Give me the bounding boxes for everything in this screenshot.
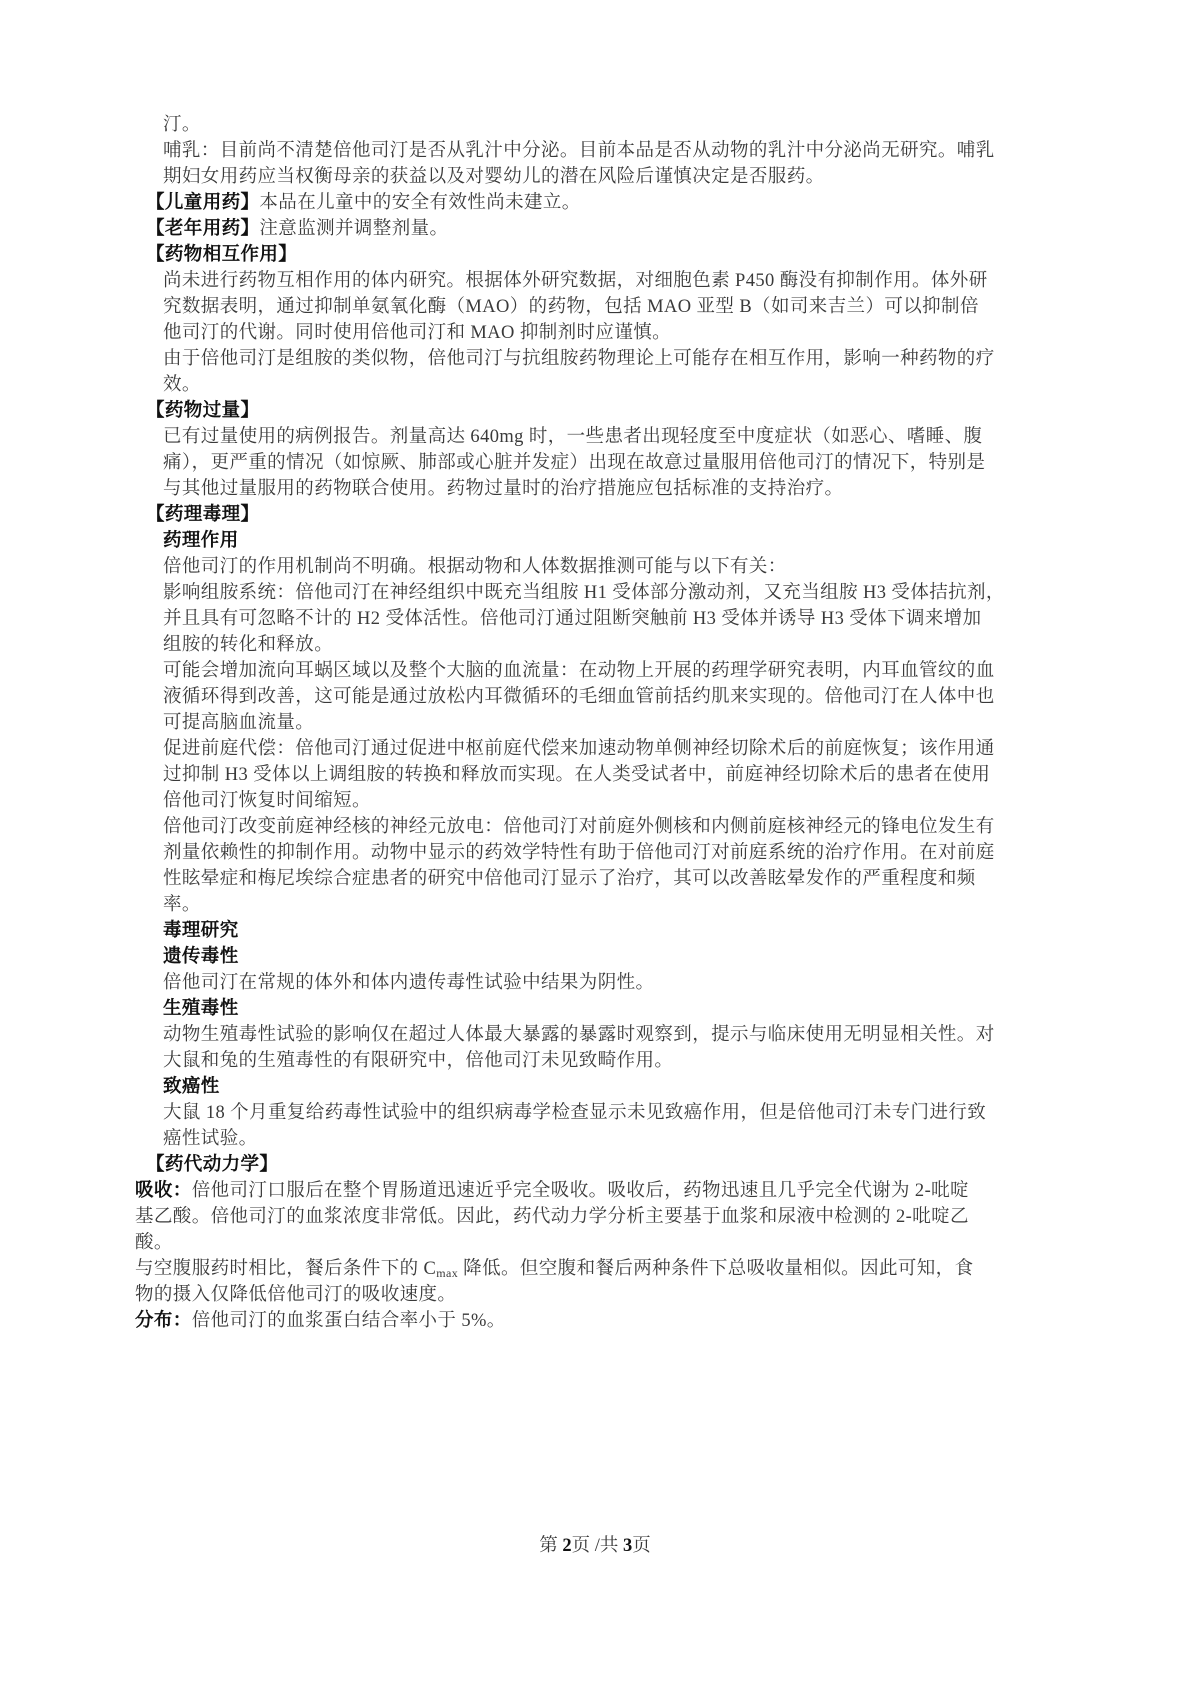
subsection-title: 致癌性 — [0, 1074, 1190, 1100]
subsection-title: 生殖毒性 — [0, 996, 1190, 1022]
toxicology-line: 大鼠和兔的生殖毒性的有限研究中，倍他司汀未见致畸作用。 — [0, 1048, 1190, 1074]
absorption-label: 吸收： — [135, 1181, 192, 1201]
pharmacology-line: 倍他司汀改变前庭神经核的神经元放电：倍他司汀对前庭外侧核和内侧前庭核神经元的锋电… — [0, 814, 1190, 840]
toxicology-line: 倍他司汀在常规的体外和体内遗传毒性试验中结果为阴性。 — [0, 970, 1190, 996]
overdose-line: 已有过量使用的病例报告。剂量高达 640mg 时，一些患者出现轻度至中度症状（如… — [0, 424, 1190, 450]
section-header: 【药物过量】 — [0, 398, 1190, 424]
pharmacology-line: 率。 — [0, 892, 1190, 918]
pharmacology-line: 性眩晕症和梅尼埃综合症患者的研究中倍他司汀显示了治疗，其可以改善眩晕发作的严重程… — [0, 866, 1190, 892]
page-footer: 第 2页 /共 3页 — [0, 1531, 1190, 1557]
toxicology-line: 大鼠 18 个月重复给药毒性试验中的组织病毒学检查显示未见致癌作用，但是倍他司汀… — [0, 1100, 1190, 1126]
footer-text: 页 — [632, 1536, 651, 1556]
pharmacology-line: 影响组胺系统：倍他司汀在神经组织中既充当组胺 H1 受体部分激动剂，又充当组胺 … — [0, 580, 1190, 606]
interaction-line: 究数据表明，通过抑制单氨氧化酶（MAO）的药物，包括 MAO 亚型 B（如司来吉… — [0, 294, 1190, 320]
subsection-title: 遗传毒性 — [0, 944, 1190, 970]
section-header: 【药物相互作用】 — [0, 242, 1190, 268]
total-pages-number: 3 — [623, 1536, 632, 1556]
paragraph-line: 汀。 — [0, 112, 1190, 138]
footer-text: 页 /共 — [572, 1536, 623, 1556]
food-effect-line: 物的摄入仅降低倍他司汀的吸收速度。 — [0, 1282, 1190, 1308]
section-text: 注意监测并调整剂量。 — [259, 219, 448, 239]
pharmacology-line: 可提高脑血流量。 — [0, 710, 1190, 736]
pharmacology-line: 促进前庭代偿：倍他司汀通过促进中枢前庭代偿来加速动物单侧神经切除术后的前庭恢复；… — [0, 736, 1190, 762]
page-content: 汀。 哺乳：目前尚不清楚倍他司汀是否从乳汁中分泌。目前本品是否从动物的乳汁中分泌… — [0, 112, 1190, 1334]
pharmacology-line: 可能会增加流向耳蜗区域以及整个大脑的血流量：在动物上开展的药理学研究表明，内耳血… — [0, 658, 1190, 684]
lactation-line: 期妇女用药应当权衡母亲的获益以及对婴幼儿的潜在风险后谨慎决定是否服药。 — [0, 164, 1190, 190]
distribution-line: 分布：倍他司汀的血浆蛋白结合率小于 5%。 — [0, 1308, 1190, 1334]
pharmacology-line: 过抑制 H3 受体以上调组胺的转换和释放而实现。在人类受试者中，前庭神经切除术后… — [0, 762, 1190, 788]
absorption-line: 吸收：倍他司汀口服后在整个胃肠道迅速近乎完全吸收。吸收后，药物迅速且几乎完全代谢… — [0, 1178, 1190, 1204]
interaction-line: 效。 — [0, 372, 1190, 398]
absorption-line: 酸。 — [0, 1230, 1190, 1256]
distribution-text: 倍他司汀的血浆蛋白结合率小于 5%。 — [192, 1311, 506, 1331]
pharmacology-line: 组胺的转化和释放。 — [0, 632, 1190, 658]
document-page: 汀。 哺乳：目前尚不清楚倍他司汀是否从乳汁中分泌。目前本品是否从动物的乳汁中分泌… — [0, 0, 1190, 1683]
overdose-line: 与其他过量服用的药物联合使用。药物过量时的治疗措施应包括标准的支持治疗。 — [0, 476, 1190, 502]
cmax-subscript: max — [436, 1266, 458, 1280]
interaction-line: 由于倍他司汀是组胺的类似物，倍他司汀与抗组胺药物理论上可能存在相互作用，影响一种… — [0, 346, 1190, 372]
distribution-label: 分布： — [135, 1311, 192, 1331]
absorption-text: 倍他司汀口服后在整个胃肠道迅速近乎完全吸收。吸收后，药物迅速且几乎完全代谢为 2… — [192, 1181, 969, 1201]
interaction-line: 尚未进行药物互相作用的体内研究。根据体外研究数据，对细胞色素 P450 酶没有抑… — [0, 268, 1190, 294]
subsection-title: 药理作用 — [0, 528, 1190, 554]
food-text: 与空腹服药时相比，餐后条件下的 C — [135, 1259, 436, 1279]
pediatric-section: 【儿童用药】本品在儿童中的安全有效性尚未建立。 — [0, 190, 1190, 216]
section-header: 【儿童用药】 — [146, 193, 259, 213]
section-header: 【老年用药】 — [146, 219, 259, 239]
overdose-line: 痛），更严重的情况（如惊厥、肺部或心脏并发症）出现在故意过量服用倍他司汀的情况下… — [0, 450, 1190, 476]
pharmacology-line: 倍他司汀的作用机制尚不明确。根据动物和人体数据推测可能与以下有关： — [0, 554, 1190, 580]
section-header: 【药理毒理】 — [0, 502, 1190, 528]
absorption-line: 基乙酸。倍他司汀的血浆浓度非常低。因此，药代动力学分析主要基于血浆和尿液中检测的… — [0, 1204, 1190, 1230]
geriatric-section: 【老年用药】注意监测并调整剂量。 — [0, 216, 1190, 242]
pharmacology-line: 并且具有可忽略不计的 H2 受体活性。倍他司汀通过阻断突触前 H3 受体并诱导 … — [0, 606, 1190, 632]
current-page-number: 2 — [562, 1536, 571, 1556]
pharmacology-line: 液循环得到改善，这可能是通过放松内耳微循环的毛细血管前括约肌来实现的。倍他司汀在… — [0, 684, 1190, 710]
lactation-line: 哺乳：目前尚不清楚倍他司汀是否从乳汁中分泌。目前本品是否从动物的乳汁中分泌尚无研… — [0, 138, 1190, 164]
section-header: 【药代动力学】 — [0, 1152, 1190, 1178]
interaction-line: 他司汀的代谢。同时使用倍他司汀和 MAO 抑制剂时应谨慎。 — [0, 320, 1190, 346]
section-text: 本品在儿童中的安全有效性尚未建立。 — [259, 193, 580, 213]
toxicology-line: 癌性试验。 — [0, 1126, 1190, 1152]
pharmacology-line: 剂量依赖性的抑制作用。动物中显示的药效学特性有助于倍他司汀对前庭系统的治疗作用。… — [0, 840, 1190, 866]
pharmacology-line: 倍他司汀恢复时间缩短。 — [0, 788, 1190, 814]
food-effect-line: 与空腹服药时相比，餐后条件下的 Cmax 降低。但空腹和餐后两种条件下总吸收量相… — [0, 1256, 1190, 1282]
subsection-title: 毒理研究 — [0, 918, 1190, 944]
footer-text: 第 — [539, 1536, 562, 1556]
food-text: 降低。但空腹和餐后两种条件下总吸收量相似。因此可知，食 — [458, 1259, 973, 1279]
toxicology-line: 动物生殖毒性试验的影响仅在超过人体最大暴露的暴露时观察到，提示与临床使用无明显相… — [0, 1022, 1190, 1048]
